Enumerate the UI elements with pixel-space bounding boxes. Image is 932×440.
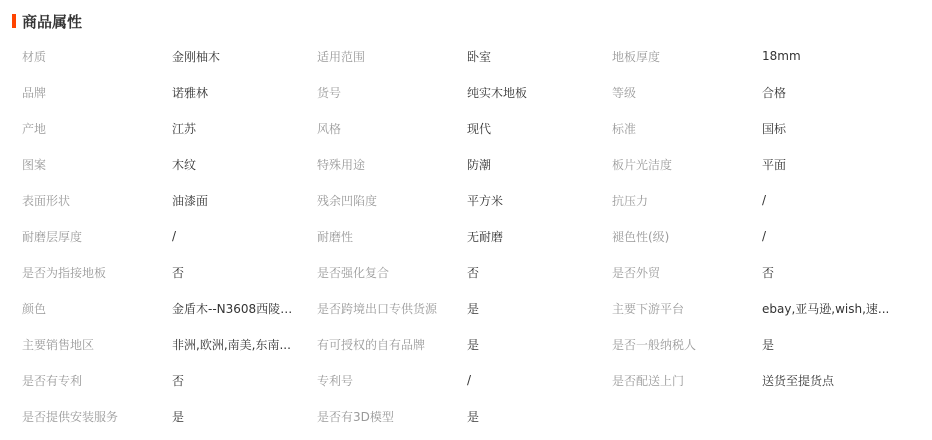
attribute-cell: 等级合格 <box>612 84 912 101</box>
attribute-cell: 褪色性(级)/ <box>612 228 912 245</box>
attribute-cell: 适用范围卧室 <box>317 48 612 65</box>
attribute-label: 主要销售地区 <box>22 336 172 353</box>
attribute-row: 耐磨层厚度/ 耐磨性无耐磨 褪色性(级)/ <box>22 218 912 254</box>
attribute-value: 木纹 <box>172 156 302 173</box>
attribute-label: 耐磨层厚度 <box>22 228 172 245</box>
attribute-label: 是否跨境出口专供货源 <box>317 300 467 317</box>
attribute-label: 专利号 <box>317 372 467 389</box>
attribute-cell: 有可授权的自有品牌是 <box>317 336 612 353</box>
attribute-cell: 耐磨性无耐磨 <box>317 228 612 245</box>
attribute-cell: 产地江苏 <box>22 120 317 137</box>
attribute-cell: 抗压力/ <box>612 192 912 209</box>
attribute-label: 产地 <box>22 120 172 137</box>
attribute-cell: 是否有3D模型是 <box>317 408 612 425</box>
attribute-label: 有可授权的自有品牌 <box>317 336 467 353</box>
attribute-cell: 货号纯实木地板 <box>317 84 612 101</box>
attribute-cell: 是否有专利否 <box>22 372 317 389</box>
attribute-cell: 是否跨境出口专供货源是 <box>317 300 612 317</box>
attribute-label: 残余凹陷度 <box>317 192 467 209</box>
attribute-cell: 专利号/ <box>317 372 612 389</box>
attribute-table: 材质金刚柚木 适用范围卧室 地板厚度18mm 品牌诺雅林 货号纯实木地板 等级合… <box>22 38 912 434</box>
attribute-value: 否 <box>467 264 597 281</box>
attribute-cell: 是否一般纳税人是 <box>612 336 912 353</box>
attribute-cell: 材质金刚柚木 <box>22 48 317 65</box>
attribute-cell: 残余凹陷度平方米 <box>317 192 612 209</box>
attribute-label: 是否提供安装服务 <box>22 408 172 425</box>
attribute-row: 材质金刚柚木 适用范围卧室 地板厚度18mm <box>22 38 912 74</box>
attribute-value: 否 <box>172 264 302 281</box>
attribute-value: / <box>762 229 892 243</box>
attribute-label: 风格 <box>317 120 467 137</box>
attribute-label: 地板厚度 <box>612 48 762 65</box>
attribute-label: 是否强化复合 <box>317 264 467 281</box>
attribute-row: 颜色金盾木--N3608西陵螺... 是否跨境出口专供货源是 主要下游平台eba… <box>22 290 912 326</box>
attribute-cell: 是否配送上门送货至提货点 <box>612 372 912 389</box>
attribute-cell: 风格现代 <box>317 120 612 137</box>
attribute-value: 纯实木地板 <box>467 84 597 101</box>
attribute-row: 表面形状油漆面 残余凹陷度平方米 抗压力/ <box>22 182 912 218</box>
attribute-value: 是 <box>762 336 892 353</box>
attribute-value: 诺雅林 <box>172 84 302 101</box>
attribute-cell: 是否提供安装服务是 <box>22 408 317 425</box>
attribute-label: 表面形状 <box>22 192 172 209</box>
attribute-value: 是 <box>467 300 597 317</box>
attribute-row: 主要销售地区非洲,欧洲,南美,东南... 有可授权的自有品牌是 是否一般纳税人是 <box>22 326 912 362</box>
section-title: 商品属性 <box>22 11 82 32</box>
attribute-label: 是否有3D模型 <box>317 408 467 425</box>
attribute-label: 板片光洁度 <box>612 156 762 173</box>
attribute-value: 江苏 <box>172 120 302 137</box>
attribute-value: 是 <box>467 408 597 425</box>
attribute-value: ebay,亚马逊,wish,速... <box>762 300 892 317</box>
attribute-cell: 特殊用途防潮 <box>317 156 612 173</box>
attribute-value: 平面 <box>762 156 892 173</box>
attribute-label: 等级 <box>612 84 762 101</box>
attribute-label: 适用范围 <box>317 48 467 65</box>
attribute-label: 是否一般纳税人 <box>612 336 762 353</box>
attribute-value: 防潮 <box>467 156 597 173</box>
attribute-label: 是否外贸 <box>612 264 762 281</box>
attribute-label: 货号 <box>317 84 467 101</box>
attribute-value: 平方米 <box>467 192 597 209</box>
attribute-label: 特殊用途 <box>317 156 467 173</box>
attribute-cell: 是否强化复合否 <box>317 264 612 281</box>
attribute-label: 抗压力 <box>612 192 762 209</box>
attribute-value: 卧室 <box>467 48 597 65</box>
attribute-value: 是 <box>172 408 302 425</box>
attribute-cell: 是否外贸否 <box>612 264 912 281</box>
attribute-label: 耐磨性 <box>317 228 467 245</box>
attribute-cell: 表面形状油漆面 <box>22 192 317 209</box>
attribute-cell: 主要销售地区非洲,欧洲,南美,东南... <box>22 336 317 353</box>
attribute-cell: 颜色金盾木--N3608西陵螺... <box>22 300 317 317</box>
attribute-value: / <box>762 193 892 207</box>
attribute-label: 是否为指接地板 <box>22 264 172 281</box>
attribute-label: 是否有专利 <box>22 372 172 389</box>
attribute-row: 品牌诺雅林 货号纯实木地板 等级合格 <box>22 74 912 110</box>
attribute-cell: 是否为指接地板否 <box>22 264 317 281</box>
attribute-label: 颜色 <box>22 300 172 317</box>
attribute-value: 合格 <box>762 84 892 101</box>
attribute-value: 金盾木--N3608西陵螺... <box>172 300 302 317</box>
attribute-row: 产地江苏 风格现代 标准国标 <box>22 110 912 146</box>
attribute-value: 金刚柚木 <box>172 48 302 65</box>
attribute-cell: 标准国标 <box>612 120 912 137</box>
attribute-value: 国标 <box>762 120 892 137</box>
attribute-label: 是否配送上门 <box>612 372 762 389</box>
attribute-label: 材质 <box>22 48 172 65</box>
attribute-value: 非洲,欧洲,南美,东南... <box>172 336 302 353</box>
attribute-value: 油漆面 <box>172 192 302 209</box>
attribute-cell: 主要下游平台ebay,亚马逊,wish,速... <box>612 300 912 317</box>
attribute-row: 是否为指接地板否 是否强化复合否 是否外贸否 <box>22 254 912 290</box>
section-header: 商品属性 <box>12 10 82 32</box>
attribute-label: 标准 <box>612 120 762 137</box>
attribute-row: 是否提供安装服务是 是否有3D模型是 <box>22 398 912 434</box>
attribute-value: 否 <box>172 372 302 389</box>
attribute-label: 主要下游平台 <box>612 300 762 317</box>
attribute-cell: 板片光洁度平面 <box>612 156 912 173</box>
attribute-value: 18mm <box>762 49 892 63</box>
attribute-value: 现代 <box>467 120 597 137</box>
attribute-label: 品牌 <box>22 84 172 101</box>
attribute-value: 无耐磨 <box>467 228 597 245</box>
attribute-value: 送货至提货点 <box>762 372 892 389</box>
attribute-label: 图案 <box>22 156 172 173</box>
attribute-cell: 品牌诺雅林 <box>22 84 317 101</box>
attribute-value: 是 <box>467 336 597 353</box>
attribute-cell: 地板厚度18mm <box>612 48 912 65</box>
attribute-row: 是否有专利否 专利号/ 是否配送上门送货至提货点 <box>22 362 912 398</box>
accent-bar <box>12 14 16 28</box>
attribute-cell: 图案木纹 <box>22 156 317 173</box>
attribute-row: 图案木纹 特殊用途防潮 板片光洁度平面 <box>22 146 912 182</box>
attribute-label: 褪色性(级) <box>612 228 762 245</box>
attribute-value: 否 <box>762 264 892 281</box>
attribute-value: / <box>172 229 302 243</box>
attribute-cell: 耐磨层厚度/ <box>22 228 317 245</box>
attribute-value: / <box>467 373 597 387</box>
